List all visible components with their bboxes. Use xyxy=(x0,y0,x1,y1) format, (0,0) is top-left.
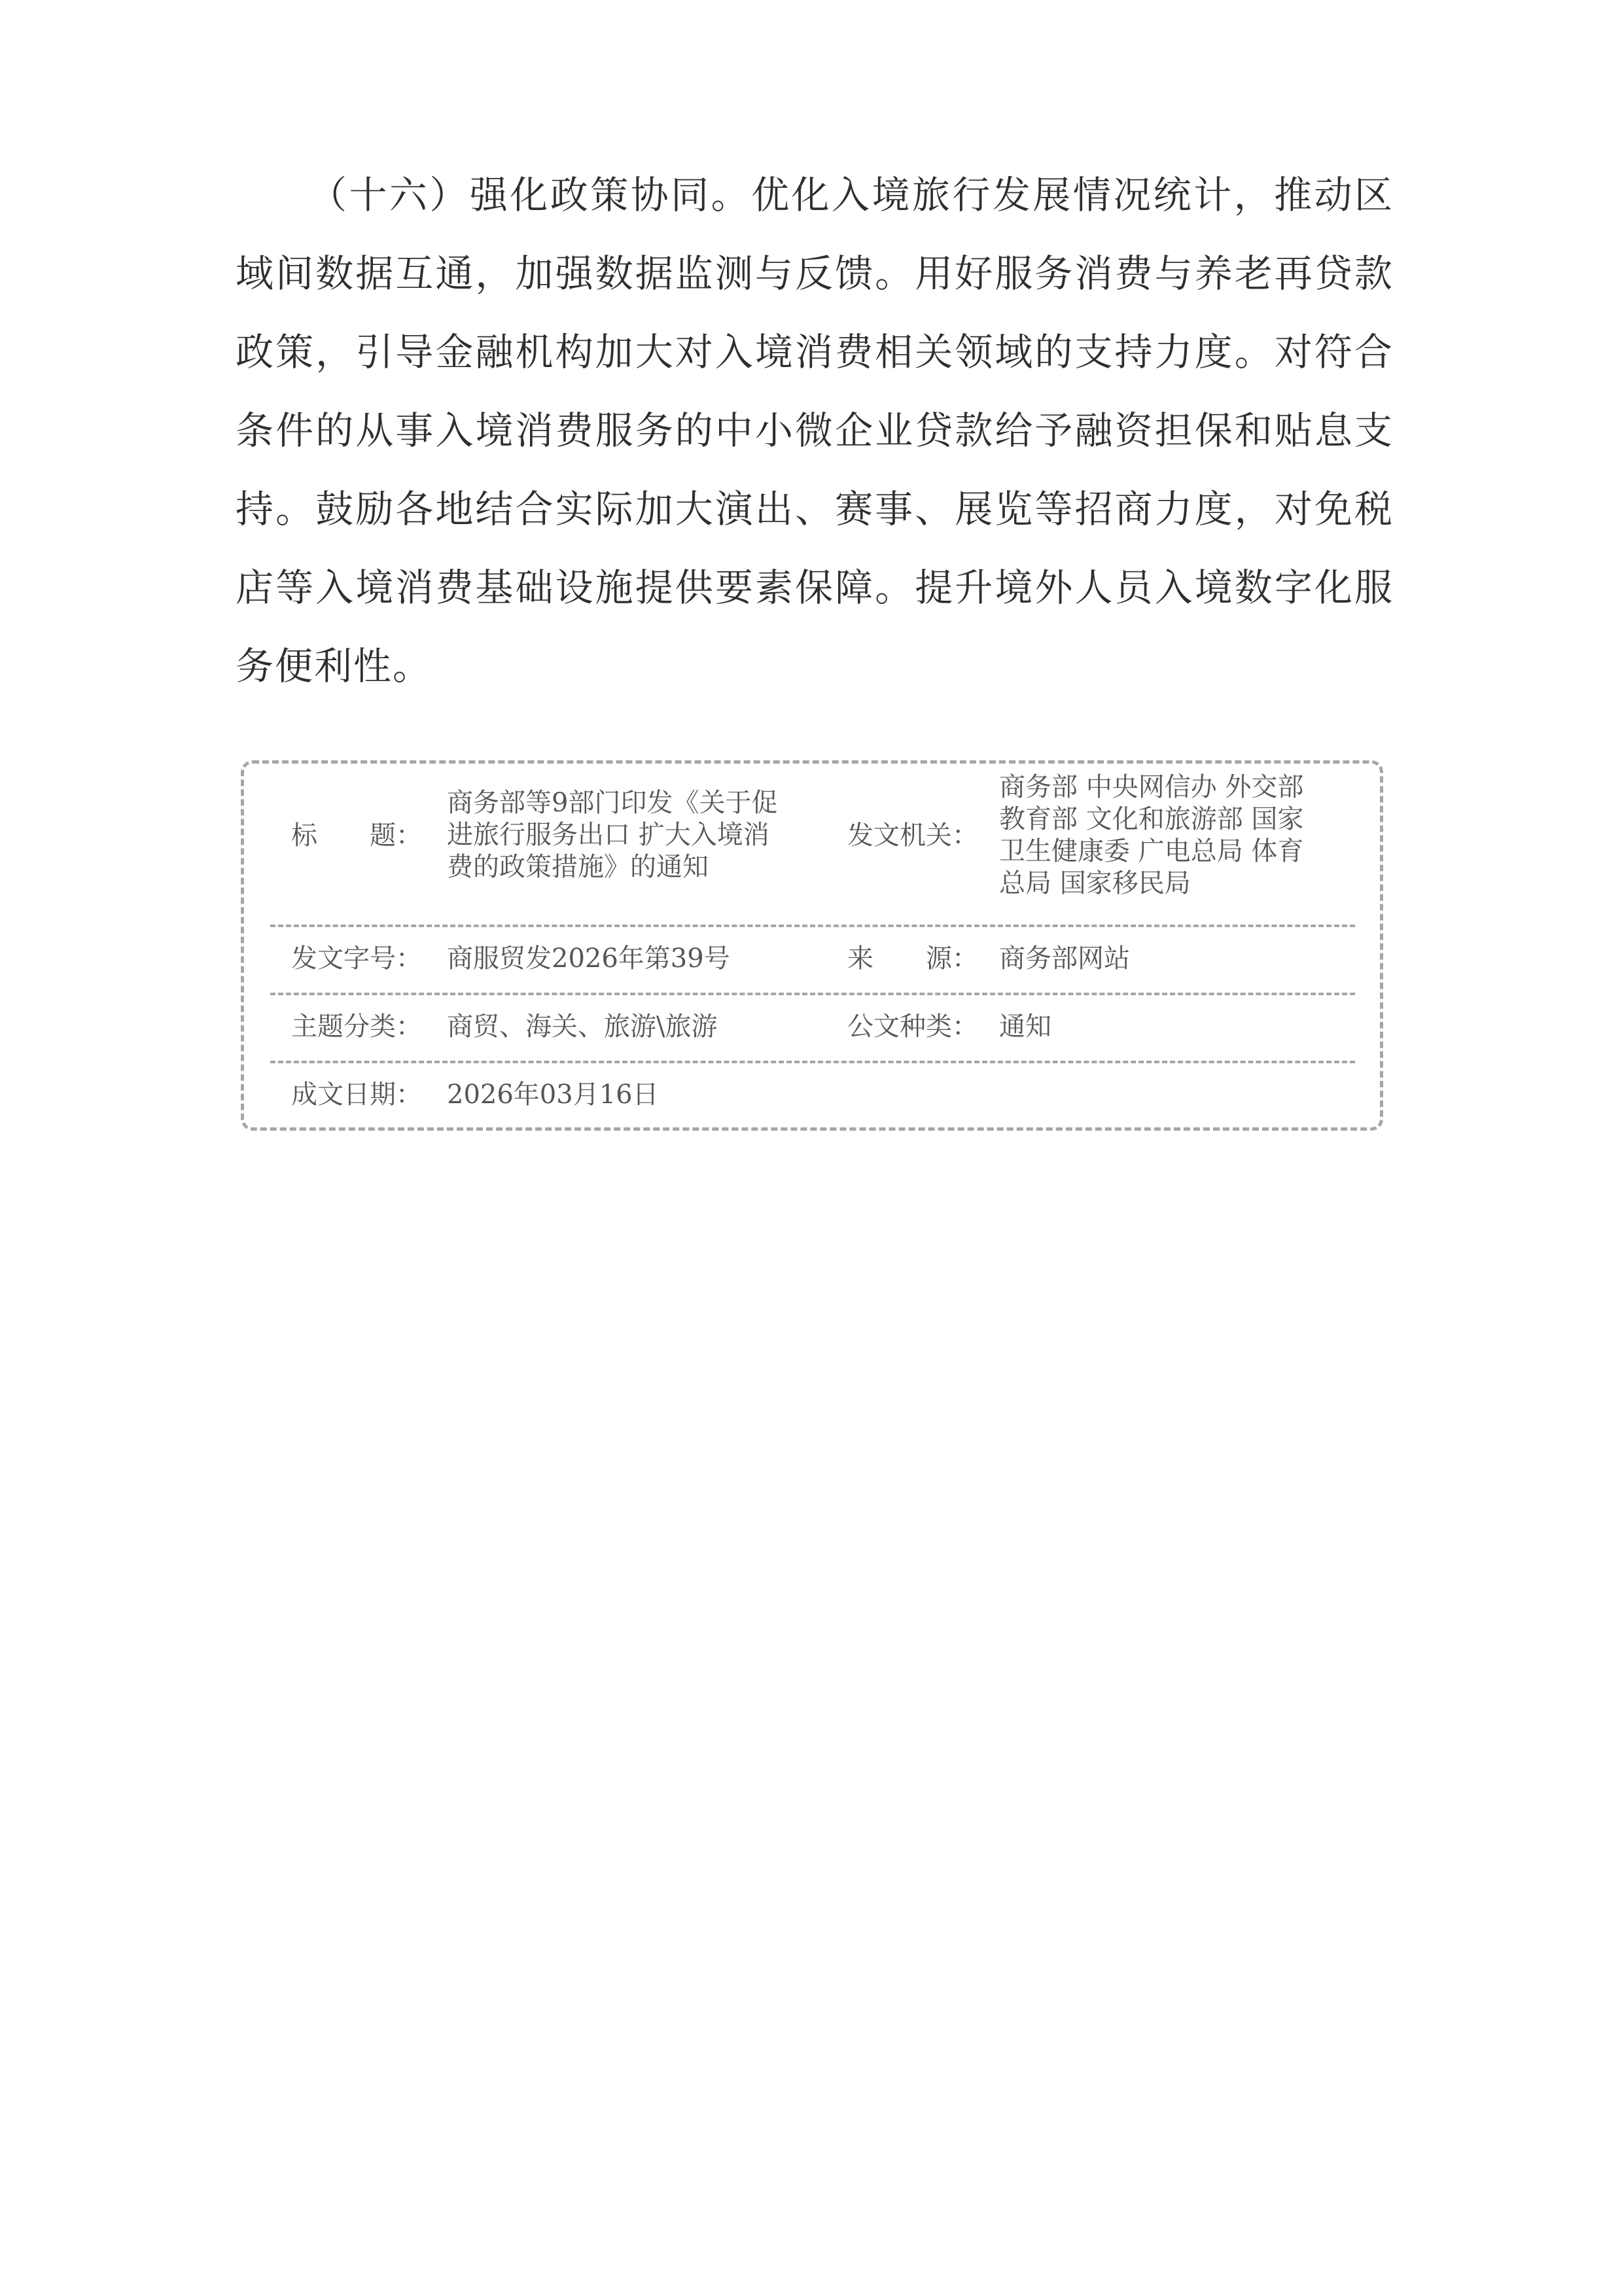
paragraph-line: 域间数据互通，加强数据监测与反馈。用好服务消费与养老再贷款 xyxy=(236,234,1394,313)
doc-number-value: 商服贸发2026年第39号 xyxy=(447,943,826,975)
issuer-value-line: 总局 国家移民局 xyxy=(999,868,1366,900)
date-value: 2026年03月16日 xyxy=(447,1079,826,1111)
title-value-line: 进旅行服务出口 扩大入境消 xyxy=(447,819,826,851)
title-value: 商务部等9部门印发《关于促 进旅行服务出口 扩大入境消 费的政策措施》的通知 xyxy=(447,787,826,883)
paragraph-line: 政策，引导金融机构加大对入境消费相关领域的支持力度。对符合 xyxy=(236,313,1394,391)
document-metadata-box: 标 题： 商务部等9部门印发《关于促 进旅行服务出口 扩大入境消 费的政策措施》… xyxy=(241,760,1383,1131)
title-value-line: 商务部等9部门印发《关于促 xyxy=(447,787,826,819)
date-label: 成文日期： xyxy=(291,1079,422,1111)
paragraph-line: （十六）强化政策协同。优化入境旅行发展情况统计，推动区 xyxy=(236,156,1394,234)
issuer-value-line: 商务部 中央网信办 外交部 xyxy=(999,771,1366,804)
source-value: 商务部网站 xyxy=(999,943,1366,975)
metadata-row-title: 标 题： 商务部等9部门印发《关于促 进旅行服务出口 扩大入境消 费的政策措施》… xyxy=(270,764,1355,927)
paragraph-line: 务便利性。 xyxy=(236,627,1394,705)
metadata-row-date: 成文日期： 2026年03月16日 xyxy=(270,1063,1355,1129)
issuer-value: 商务部 中央网信办 外交部 教育部 文化和旅游部 国家 卫生健康委 广电总局 体… xyxy=(999,771,1366,900)
metadata-row-topic: 主题分类： 商贸、海关、旅游\旅游 公文种类： 通知 xyxy=(270,995,1355,1063)
paragraph-line: 店等入境消费基础设施提供要素保障。提升境外人员入境数字化服 xyxy=(236,548,1394,627)
document-page: （十六）强化政策协同。优化入境旅行发展情况统计，推动区 域间数据互通，加强数据监… xyxy=(0,0,1622,2296)
paragraph-line: 持。鼓励各地结合实际加大演出、赛事、展览等招商力度，对免税 xyxy=(236,470,1394,548)
doc-number-label: 发文字号： xyxy=(291,943,422,975)
title-label: 标 题： xyxy=(291,820,422,852)
topic-label: 主题分类： xyxy=(291,1011,422,1043)
title-value-line: 费的政策措施》的通知 xyxy=(447,851,826,883)
source-label: 来 源： xyxy=(847,943,978,975)
issuer-label: 发文机关： xyxy=(847,820,978,852)
doc-type-label: 公文种类： xyxy=(847,1011,978,1043)
policy-paragraph-16: （十六）强化政策协同。优化入境旅行发展情况统计，推动区 域间数据互通，加强数据监… xyxy=(236,156,1394,705)
issuer-value-line: 卫生健康委 广电总局 体育 xyxy=(999,836,1366,868)
doc-type-value: 通知 xyxy=(999,1011,1366,1043)
issuer-value-line: 教育部 文化和旅游部 国家 xyxy=(999,804,1366,836)
paragraph-line: 条件的从事入境消费服务的中小微企业贷款给予融资担保和贴息支 xyxy=(236,391,1394,470)
metadata-row-doc-number: 发文字号： 商服贸发2026年第39号 来 源： 商务部网站 xyxy=(270,927,1355,995)
topic-value: 商贸、海关、旅游\旅游 xyxy=(447,1011,826,1043)
